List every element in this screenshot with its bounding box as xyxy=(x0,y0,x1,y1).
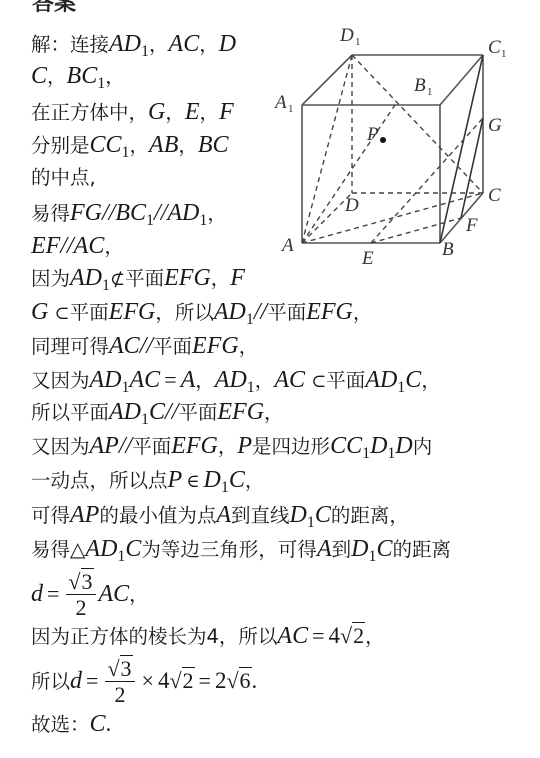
denominator: 2 xyxy=(66,595,95,621)
solution-line-16: 易得△AD1C为等边三角形，可得A到D1C的距离 xyxy=(31,534,451,564)
text: 平面 xyxy=(326,369,365,392)
solution-line-19: 所以d=√32×4√2=2√6. xyxy=(31,653,257,709)
text: ， xyxy=(365,625,385,648)
math: AD xyxy=(365,367,397,393)
math: D xyxy=(395,433,412,459)
math: = xyxy=(160,367,180,392)
text: 故选： xyxy=(31,713,90,736)
radical-sign: √ xyxy=(226,668,238,693)
math: 2 xyxy=(215,668,227,693)
math: D xyxy=(219,31,236,57)
text: ， xyxy=(104,235,124,258)
denominator: 2 xyxy=(105,682,134,708)
text: ， xyxy=(211,267,231,290)
subscript: 1 xyxy=(102,277,110,294)
math: AD xyxy=(109,31,141,57)
text: ， xyxy=(149,33,169,56)
math: EFG xyxy=(217,399,264,425)
math: EFG xyxy=(164,265,211,291)
text: 所以 xyxy=(31,670,70,693)
text: ， xyxy=(130,134,150,157)
solution-line-15: 可得AP的最小值为点A到直线D1C的距离， xyxy=(31,500,409,530)
sqrt: √2 xyxy=(169,653,194,711)
sqrt: √6 xyxy=(226,653,251,711)
solution-line-8: 因为AD1⊄平面EFG，F xyxy=(31,263,245,293)
math: = xyxy=(308,623,328,648)
subscript: 1 xyxy=(122,144,130,161)
text: ， xyxy=(207,202,227,225)
math: AP xyxy=(70,502,99,528)
radical-sign: √ xyxy=(169,668,181,693)
subscript: 1 xyxy=(141,43,149,60)
math: A xyxy=(181,367,196,393)
math: AD xyxy=(85,536,117,562)
text: 因为正方体的棱长为4，所以 xyxy=(31,625,277,648)
subscript: 1 xyxy=(221,479,229,496)
math: BC xyxy=(67,63,98,89)
math: D xyxy=(370,433,387,459)
math: ⊄ xyxy=(110,269,125,289)
math: EFG xyxy=(192,333,239,359)
solution-line-20: 故选：C. xyxy=(31,709,111,739)
text: ， xyxy=(178,134,198,157)
text: 内 xyxy=(413,435,433,458)
math: G xyxy=(148,99,165,125)
text: ， xyxy=(47,65,67,88)
math: ⊂ xyxy=(311,371,326,391)
math: A xyxy=(317,536,332,562)
math: // xyxy=(254,299,267,325)
math: EFG xyxy=(306,299,353,325)
math: // xyxy=(60,233,73,259)
text: 平面 xyxy=(125,267,164,290)
subscript: 1 xyxy=(146,212,154,229)
solution-line-5: 的中点, xyxy=(31,163,96,193)
text: ， xyxy=(165,101,185,124)
math: CC xyxy=(90,132,122,158)
svg-text:1: 1 xyxy=(427,86,433,98)
math: × xyxy=(138,668,158,693)
text: ， xyxy=(353,301,373,324)
svg-text:B: B xyxy=(442,239,454,260)
solution-line-11: 又因为AD1AC=A，AD1，AC ⊂平面AD1C， xyxy=(31,365,441,395)
svg-text:E: E xyxy=(361,248,374,269)
subscript: 1 xyxy=(141,411,149,428)
text: 又因为 xyxy=(31,369,90,392)
math: C xyxy=(315,502,331,528)
math: AD xyxy=(109,399,141,425)
svg-text:P: P xyxy=(366,124,379,145)
sqrt: √3 xyxy=(68,570,93,594)
solution-line-10: 同理可得AC//平面EFG， xyxy=(31,331,258,361)
text: 的距离 xyxy=(392,538,451,561)
text: 解：连接 xyxy=(31,33,109,56)
svg-text:D: D xyxy=(344,195,359,216)
text: 可得 xyxy=(31,504,70,527)
math: AC xyxy=(169,31,200,57)
math: EF xyxy=(31,233,60,259)
text: 为等边三角形，可得 xyxy=(141,538,317,561)
math: C xyxy=(90,711,106,737)
text: 平面 xyxy=(153,335,192,358)
math: C xyxy=(31,63,47,89)
math: EFG xyxy=(109,299,156,325)
text: 易得 xyxy=(31,538,70,561)
math: AD xyxy=(70,265,102,291)
math: E xyxy=(185,99,200,125)
solution-line-18: 因为正方体的棱长为4，所以AC=4√2， xyxy=(31,621,385,651)
subscript: 1 xyxy=(246,311,254,328)
fraction: √32 xyxy=(66,570,95,621)
svg-text:A: A xyxy=(273,92,287,113)
math: AC xyxy=(277,623,308,649)
math: AB xyxy=(149,132,178,158)
text: ， xyxy=(155,301,175,324)
math: BC xyxy=(198,132,229,158)
math: EFG xyxy=(171,433,218,459)
solution-line-4: 分别是CC1，AB，BC xyxy=(31,130,229,160)
solution-line-13: 又因为AP//平面EFG，P是四边形CC1D1D内 xyxy=(31,431,432,461)
radicand: 6 xyxy=(239,667,252,693)
math: . xyxy=(252,668,258,693)
math: C xyxy=(405,367,421,393)
text: ， xyxy=(105,65,125,88)
math: D xyxy=(290,502,307,528)
section-heading-cut: 答案 xyxy=(32,0,76,17)
math: // xyxy=(102,200,115,226)
text: ， xyxy=(239,335,259,358)
text: 平面 xyxy=(178,401,217,424)
math: C xyxy=(125,536,141,562)
math: P xyxy=(168,467,183,493)
solution-line-1: 解：连接AD1，AC，D xyxy=(31,29,236,59)
text: 平面 xyxy=(132,435,171,458)
svg-text:A: A xyxy=(280,235,294,256)
text: 的最小值为点 xyxy=(99,504,216,527)
math: P xyxy=(237,433,252,459)
math: ⊂ xyxy=(55,303,70,323)
cube-diagram: D1 C1 A1 B1 P G D C F A B E xyxy=(270,15,540,275)
math: AC xyxy=(99,581,130,607)
math: F xyxy=(219,99,234,125)
math: AD xyxy=(167,200,199,226)
text: ， xyxy=(218,435,238,458)
math: BC xyxy=(115,200,146,226)
text: 所以平面 xyxy=(31,401,109,424)
math: AC xyxy=(274,367,305,393)
math: D xyxy=(204,467,221,493)
math: AC xyxy=(130,367,161,393)
text: 因为 xyxy=(31,267,70,290)
text: ， xyxy=(195,369,215,392)
text: 到直线 xyxy=(231,504,290,527)
math: AD xyxy=(90,367,122,393)
solution-line-2: C，BC1， xyxy=(31,61,125,91)
svg-text:C: C xyxy=(488,37,501,58)
subscript: 1 xyxy=(122,379,130,396)
text: ， xyxy=(245,469,265,492)
math: 4 xyxy=(329,623,341,648)
text: 在正方体中， xyxy=(31,101,148,124)
text: ， xyxy=(255,369,275,392)
math: = xyxy=(195,668,215,693)
solution-line-3: 在正方体中，G，E，F xyxy=(31,97,234,127)
sqrt: √2 xyxy=(340,621,365,653)
radicand: 2 xyxy=(182,667,195,693)
text: 平面 xyxy=(70,301,109,324)
text: ， xyxy=(199,33,219,56)
math: G xyxy=(31,299,48,325)
vertex-labels: D1 C1 A1 B1 P G D C F A B E xyxy=(273,25,507,269)
text: 到 xyxy=(332,538,352,561)
math: AC xyxy=(109,333,140,359)
math: 4 xyxy=(158,668,170,693)
solution-line-14: 一动点，所以点P∈D1C， xyxy=(31,465,264,495)
math: F xyxy=(230,265,245,291)
math: D xyxy=(351,536,368,562)
math: d xyxy=(70,668,82,694)
solution-line-7: EF//AC， xyxy=(31,231,124,261)
text: 的距离， xyxy=(331,504,409,527)
text: ， xyxy=(264,401,284,424)
subscript: 1 xyxy=(97,75,105,92)
math: // xyxy=(119,433,132,459)
subscript: 1 xyxy=(247,379,255,396)
subscript: 1 xyxy=(362,445,370,462)
math: // xyxy=(154,200,167,226)
solution-line-6: 易得FG//BC1//AD1， xyxy=(31,198,227,228)
radicand: 3 xyxy=(120,655,133,681)
cube-svg: D1 C1 A1 B1 P G D C F A B E xyxy=(270,15,540,275)
sqrt: √3 xyxy=(107,657,132,681)
text: 同理可得 xyxy=(31,335,109,358)
math: ∈ xyxy=(182,471,203,491)
text: ， xyxy=(421,369,441,392)
radicand: 3 xyxy=(81,568,94,594)
math: △ xyxy=(70,539,85,561)
text: 又因为 xyxy=(31,435,90,458)
math: d xyxy=(31,581,43,607)
text: ， xyxy=(200,101,220,124)
text: 分别是 xyxy=(31,134,90,157)
subscript: 1 xyxy=(307,514,315,531)
text: 的中点, xyxy=(31,166,96,189)
math: AC xyxy=(74,233,105,259)
radicand: 2 xyxy=(352,622,365,648)
math: C xyxy=(229,467,245,493)
math: . xyxy=(106,711,112,736)
svg-text:1: 1 xyxy=(355,36,361,48)
svg-text:C: C xyxy=(488,185,501,206)
svg-text:1: 1 xyxy=(501,48,507,60)
math: C xyxy=(149,399,165,425)
math: // xyxy=(140,333,153,359)
radical-sign: √ xyxy=(68,569,80,594)
math: CC xyxy=(330,433,362,459)
math: AD xyxy=(214,299,246,325)
solution-line-17: d=√32AC， xyxy=(31,566,149,622)
math: FG xyxy=(70,200,102,226)
math: = xyxy=(43,581,63,606)
dashed-edges xyxy=(302,55,483,243)
math: = xyxy=(82,668,102,693)
svg-text:1: 1 xyxy=(288,103,294,115)
svg-text:B: B xyxy=(414,75,426,96)
text: 是四边形 xyxy=(252,435,330,458)
math: A xyxy=(216,502,231,528)
text: 平面 xyxy=(267,301,306,324)
text: 易得 xyxy=(31,202,70,225)
text: ， xyxy=(129,583,149,606)
math: AP xyxy=(90,433,119,459)
svg-text:D: D xyxy=(339,25,354,46)
math: AD xyxy=(215,367,247,393)
point-P xyxy=(380,137,386,143)
text: 一动点，所以点 xyxy=(31,469,168,492)
fraction: √32 xyxy=(105,657,134,708)
radical-sign: √ xyxy=(340,623,352,648)
math: C xyxy=(376,536,392,562)
solution-line-12: 所以平面AD1C//平面EFG， xyxy=(31,397,284,427)
radical-sign: √ xyxy=(107,656,119,681)
svg-text:F: F xyxy=(465,215,478,236)
svg-text:G: G xyxy=(488,115,502,136)
text: 所以 xyxy=(175,301,214,324)
math: // xyxy=(165,399,178,425)
solution-line-9: G ⊂平面EFG，所以AD1//平面EFG， xyxy=(31,297,372,327)
